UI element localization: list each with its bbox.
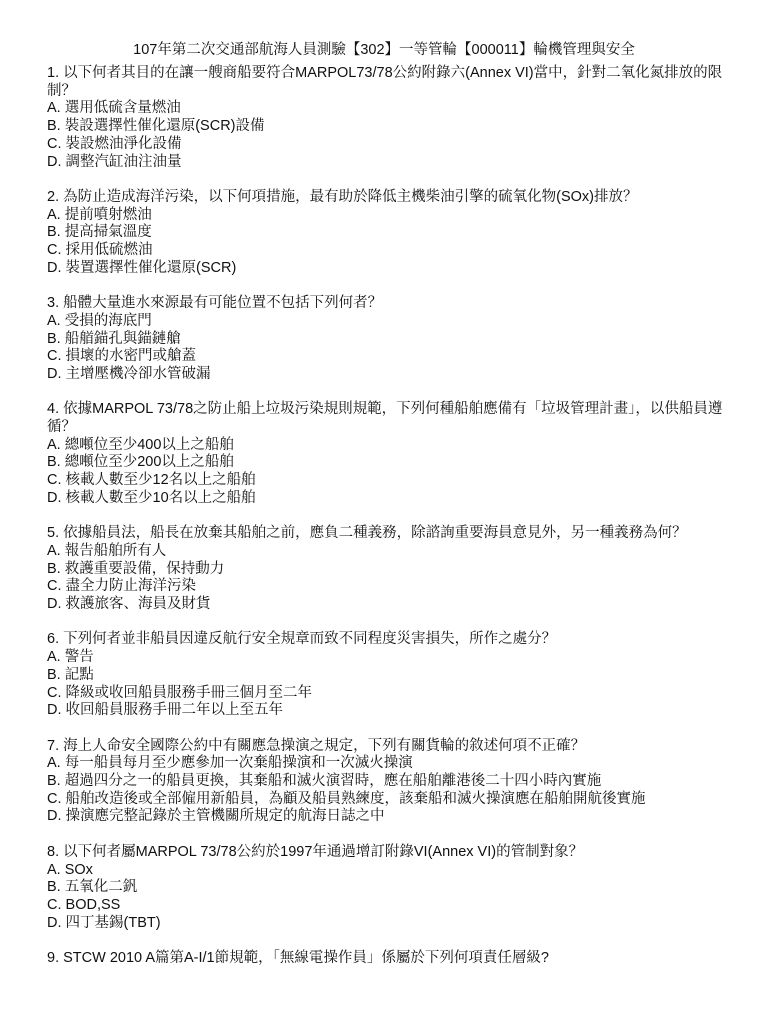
question-text: 1. 以下何者其目的在讓一艘商船要符合MARPOL73/78公約附錄六(Anne… — [47, 65, 737, 100]
option-a: A. SOx — [47, 862, 737, 880]
question-text: 7. 海上人命安全國際公約中有關應急操演之規定，下列有關貨輪的敘述何項不正確？ — [47, 738, 737, 756]
option-b: B. 船艏錨孔與錨鏈艙 — [47, 331, 737, 349]
option-a: A. 受損的海底門 — [47, 313, 737, 331]
option-b: B. 提高掃氣溫度 — [47, 224, 737, 242]
option-c: C. 採用低硫燃油 — [47, 242, 737, 260]
option-a: A. 報告船舶所有人 — [47, 543, 737, 561]
option-c: C. 盡全力防止海洋污染 — [47, 578, 737, 596]
question-text: 3. 船體大量進水來源最有可能位置不包括下列何者？ — [47, 295, 737, 313]
question-list: 1. 以下何者其目的在讓一艘商船要符合MARPOL73/78公約附錄六(Anne… — [47, 65, 737, 985]
option-b: B. 記點 — [47, 667, 737, 685]
option-c: C. BOD,SS — [47, 897, 737, 915]
option-b: B. 總噸位至少200以上之船舶 — [47, 454, 737, 472]
option-d: D. 裝置選擇性催化還原(SCR) — [47, 260, 737, 278]
question-7: 7. 海上人命安全國際公約中有關應急操演之規定，下列有關貨輪的敘述何項不正確？ … — [47, 738, 737, 827]
option-c: C. 降級或收回船員服務手冊三個月至二年 — [47, 685, 737, 703]
question-1: 1. 以下何者其目的在讓一艘商船要符合MARPOL73/78公約附錄六(Anne… — [47, 65, 737, 171]
option-d: D. 主增壓機冷卻水管破漏 — [47, 366, 737, 384]
question-2: 2. 為防止造成海洋污染，以下何項措施，最有助於降低主機柴油引擎的硫氧化物(SO… — [47, 189, 737, 278]
option-a: A. 提前噴射燃油 — [47, 207, 737, 225]
question-6: 6. 下列何者並非船員因違反航行安全規章而致不同程度災害損失，所作之處分？ A.… — [47, 631, 737, 720]
question-text: 9. STCW 2010 A篇第A-I/1節規範，「無線電操作員」係屬於下列何項… — [47, 950, 737, 968]
option-a: A. 總噸位至少400以上之船舶 — [47, 437, 737, 455]
option-a: A. 選用低硫含量燃油 — [47, 100, 737, 118]
option-b: B. 五氧化二釩 — [47, 879, 737, 897]
option-c: C. 裝設燃油淨化設備 — [47, 136, 737, 154]
question-9: 9. STCW 2010 A篇第A-I/1節規範，「無線電操作員」係屬於下列何項… — [47, 950, 737, 968]
option-d: D. 四丁基錫(TBT) — [47, 915, 737, 933]
question-3: 3. 船體大量進水來源最有可能位置不包括下列何者？ A. 受損的海底門 B. 船… — [47, 295, 737, 384]
document-page: 107年第二次交通部航海人員測驗【302】一等管輪【000011】輪機管理與安全… — [0, 0, 768, 1024]
option-b: B. 超過四分之一的船員更換，其棄船和滅火演習時，應在船舶離港後二十四小時內實施 — [47, 773, 737, 791]
option-d: D. 收回船員服務手冊二年以上至五年 — [47, 702, 737, 720]
question-text: 2. 為防止造成海洋污染，以下何項措施，最有助於降低主機柴油引擎的硫氧化物(SO… — [47, 189, 737, 207]
document-title: 107年第二次交通部航海人員測驗【302】一等管輪【000011】輪機管理與安全 — [0, 42, 768, 60]
question-4: 4. 依據MARPOL 73/78之防止船上垃圾污染規則規範，下列何種船舶應備有… — [47, 401, 737, 507]
option-c: C. 損壞的水密門或艙蓋 — [47, 348, 737, 366]
question-text: 5. 依據船員法，船長在放棄其船舶之前，應負二種義務，除諮詢重要海員意見外，另一… — [47, 525, 737, 543]
option-d: D. 操演應完整記錄於主管機關所規定的航海日誌之中 — [47, 808, 737, 826]
question-text: 8. 以下何者屬MARPOL 73/78公約於1997年通過增訂附錄VI(Ann… — [47, 844, 737, 862]
option-a: A. 每一船員每月至少應參加一次棄船操演和一次滅火操演 — [47, 755, 737, 773]
option-d: D. 調整汽缸油注油量 — [47, 154, 737, 172]
option-b: B. 救護重要設備，保持動力 — [47, 561, 737, 579]
option-a: A. 警告 — [47, 649, 737, 667]
option-c: C. 船舶改造後或全部僱用新船員，為顧及船員熟練度，該棄船和滅火操演應在船舶開航… — [47, 791, 737, 809]
option-c: C. 核載人數至少12名以上之船舶 — [47, 472, 737, 490]
question-8: 8. 以下何者屬MARPOL 73/78公約於1997年通過增訂附錄VI(Ann… — [47, 844, 737, 933]
option-d: D. 救護旅客、海員及財貨 — [47, 596, 737, 614]
option-d: D. 核載人數至少10名以上之船舶 — [47, 490, 737, 508]
question-text: 4. 依據MARPOL 73/78之防止船上垃圾污染規則規範，下列何種船舶應備有… — [47, 401, 737, 436]
option-b: B. 裝設選擇性催化還原(SCR)設備 — [47, 118, 737, 136]
question-text: 6. 下列何者並非船員因違反航行安全規章而致不同程度災害損失，所作之處分？ — [47, 631, 737, 649]
question-5: 5. 依據船員法，船長在放棄其船舶之前，應負二種義務，除諮詢重要海員意見外，另一… — [47, 525, 737, 614]
